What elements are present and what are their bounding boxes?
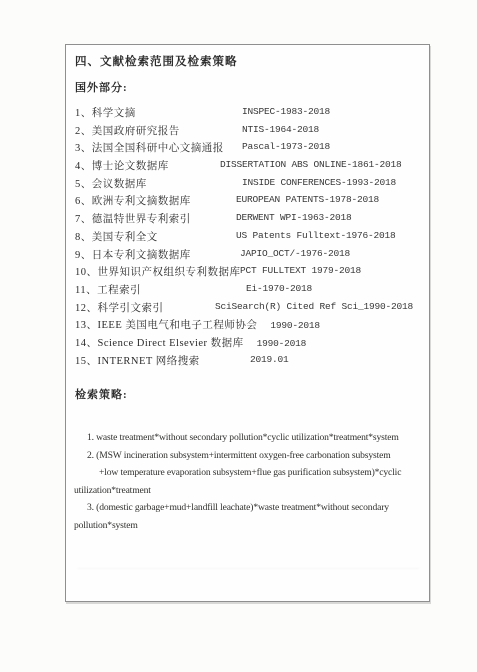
database-value: EUROPEAN PATENTS-1978-2018: [236, 191, 379, 209]
database-value: PCT FULLTEXT 1979-2018: [240, 262, 361, 280]
database-label: 11、工程索引: [75, 285, 141, 296]
strategy-line: utilization*treatment: [74, 482, 423, 500]
database-row: 9、日本专利文摘数据库JAPIO_OCT/-1976-2018: [75, 245, 429, 263]
database-label: 2、美国政府研究报告: [75, 126, 180, 137]
strategy-line: 1. waste treatment*without secondary pol…: [74, 429, 423, 447]
database-label: 6、欧洲专利文摘数据库: [75, 196, 191, 207]
database-list: 1、科学文摘INSPEC-1983-20182、美国政府研究报告NTIS-196…: [66, 103, 429, 368]
section-title: 四、文献检索范围及检索策略: [66, 45, 429, 70]
database-value: NTIS-1964-2018: [242, 121, 319, 139]
database-label: 14、Science Direct Elsevier 数据库: [75, 338, 244, 349]
database-row: 8、美国专利全文US Patents Fulltext-1976-2018: [75, 227, 429, 245]
database-row: 10、世界知识产权组织专利数据库PCT FULLTEXT 1979-2018: [75, 262, 429, 280]
database-label: 7、德温特世界专利索引: [75, 214, 191, 225]
database-row: 2、美国政府研究报告NTIS-1964-2018: [75, 121, 429, 139]
strategy-line: pollution*system: [74, 517, 423, 535]
database-label: 1、科学文摘: [75, 108, 136, 119]
database-label: 9、日本专利文摘数据库: [75, 250, 191, 261]
database-label: 8、美国专利全文: [75, 232, 158, 243]
database-row: 4、博士论文数据库DISSERTATION ABS ONLINE-1861-20…: [75, 156, 429, 174]
database-row: 1、科学文摘INSPEC-1983-2018: [75, 103, 429, 121]
database-value: 1990-2018: [257, 338, 307, 349]
database-label: 3、法国全国科研中心文摘通报: [75, 143, 224, 154]
database-row: 5、会议数据库INSIDE CONFERENCES-1993-2018: [75, 174, 429, 192]
database-row: 3、法国全国科研中心文摘通报Pascal-1973-2018: [75, 138, 429, 156]
database-row: 12、科学引文索引SciSearch(R) Cited Ref Sci_1990…: [75, 298, 429, 316]
database-value: DISSERTATION ABS ONLINE-1861-2018: [220, 156, 402, 174]
foreign-part-heading: 国外部分:: [75, 81, 429, 96]
strategy-line: 3. (domestic garbage+mud+landfill leacha…: [74, 499, 423, 517]
strategy-text: 1. waste treatment*without secondary pol…: [66, 429, 429, 534]
database-row: 15、INTERNET 网络搜索2019.01: [75, 351, 429, 369]
database-row: 7、德温特世界专利索引DERWENT WPI-1963-2018: [75, 209, 429, 227]
strategy-heading: 检索策略:: [75, 388, 429, 403]
database-value: US Patents Fulltext-1976-2018: [236, 227, 396, 245]
database-label: 4、博士论文数据库: [75, 161, 169, 172]
database-label: 10、世界知识产权组织专利数据库: [75, 267, 241, 278]
database-label: 13、IEEE 美国电气和电子工程师协会: [75, 320, 257, 331]
database-value: INSIDE CONFERENCES-1993-2018: [242, 174, 396, 192]
database-value: Pascal-1973-2018: [242, 138, 330, 156]
database-label: 5、会议数据库: [75, 179, 147, 190]
database-value: 1990-2018: [270, 320, 320, 331]
database-label: 15、INTERNET 网络搜索: [75, 356, 200, 367]
database-value: SciSearch(R) Cited Ref Sci_1990-2018: [215, 298, 413, 316]
database-row: 13、IEEE 美国电气和电子工程师协会1990-2018: [75, 315, 429, 333]
database-value: INSPEC-1983-2018: [242, 103, 330, 121]
database-value: Ei-1970-2018: [246, 280, 312, 298]
strategy-line: 2. (MSW incineration subsystem+intermitt…: [74, 447, 423, 465]
database-value: 2019.01: [250, 351, 289, 369]
scanned-page: 四、文献检索范围及检索策略 国外部分: 1、科学文摘INSPEC-1983-20…: [0, 0, 477, 672]
database-row: 6、欧洲专利文摘数据库EUROPEAN PATENTS-1978-2018: [75, 191, 429, 209]
database-row: 14、Science Direct Elsevier 数据库1990-2018: [75, 333, 429, 351]
database-value: DERWENT WPI-1963-2018: [236, 209, 352, 227]
document-border-box: 四、文献检索范围及检索策略 国外部分: 1、科学文摘INSPEC-1983-20…: [65, 44, 430, 602]
strategy-line: +low temperature evaporation subsystem+f…: [74, 464, 423, 482]
database-value: JAPIO_OCT/-1976-2018: [240, 245, 350, 263]
database-label: 12、科学引文索引: [75, 303, 164, 314]
scan-artifact: [78, 568, 419, 575]
database-row: 11、工程索引Ei-1970-2018: [75, 280, 429, 298]
